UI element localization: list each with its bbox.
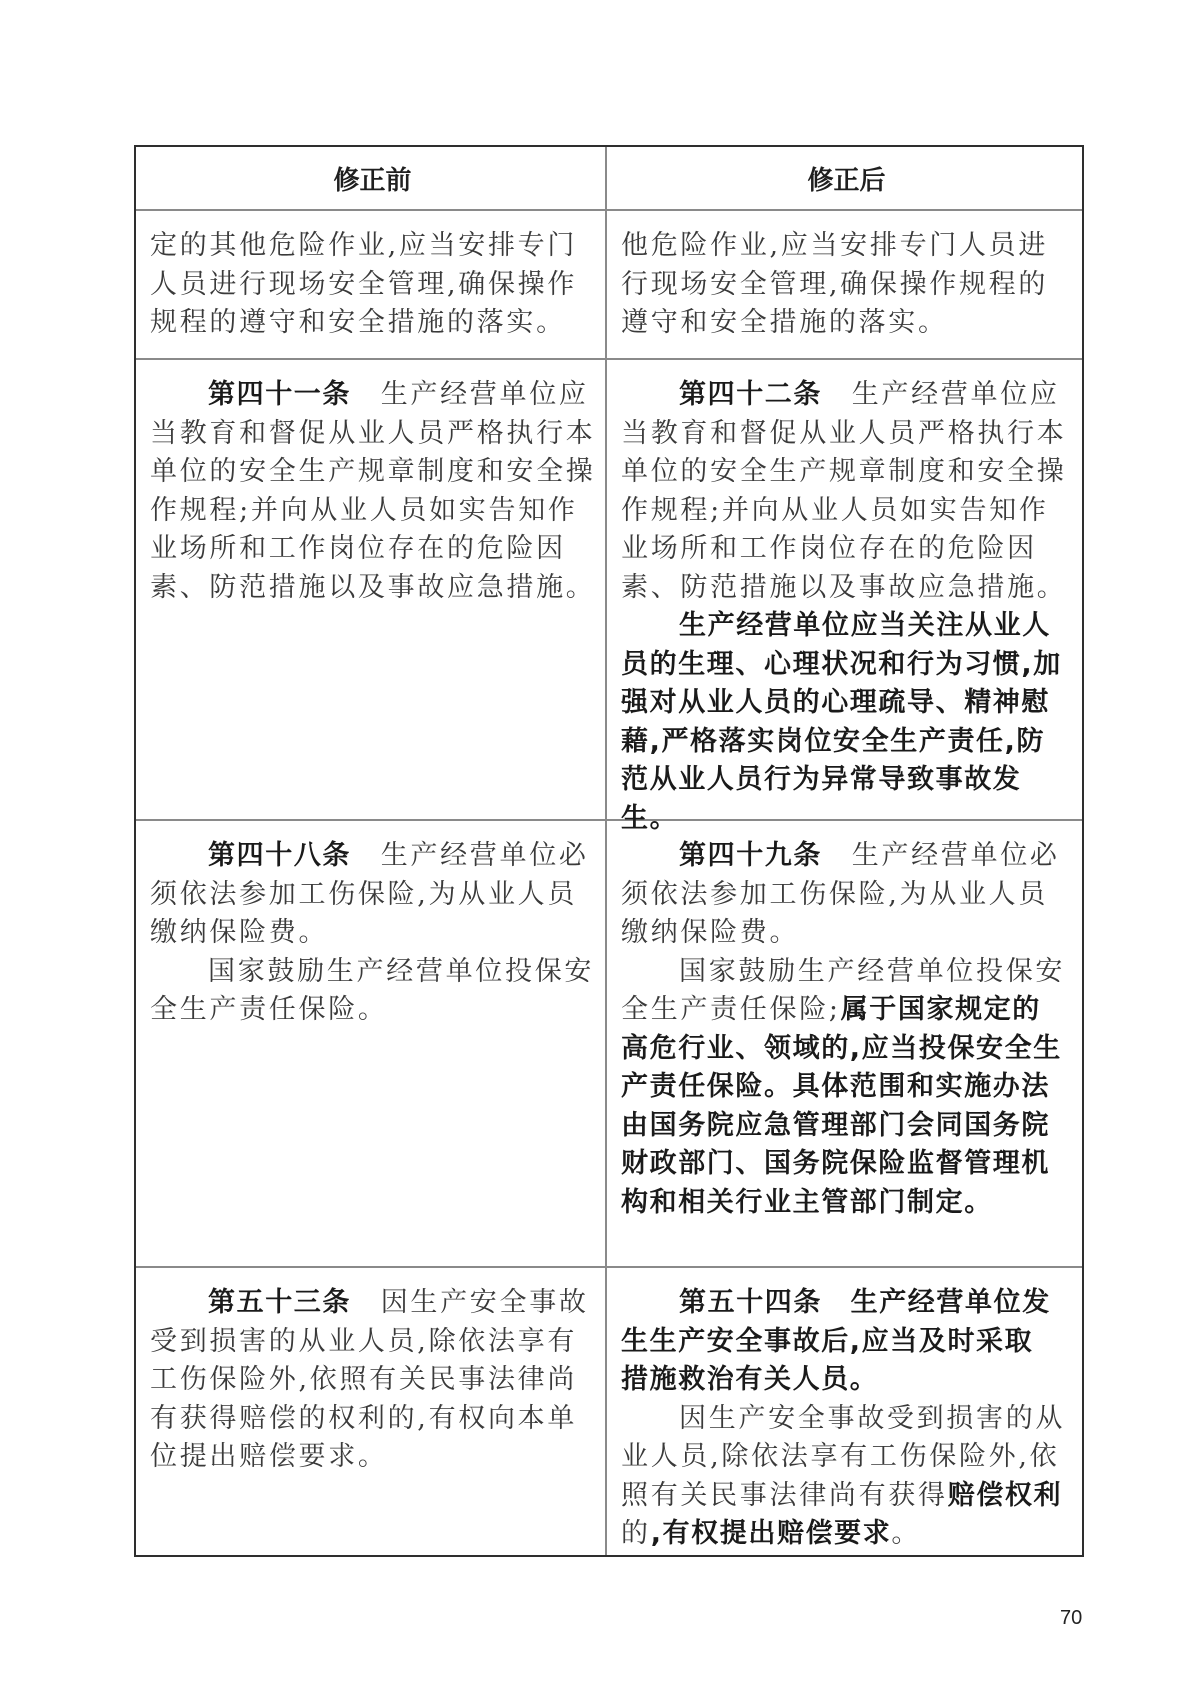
text-line: 因生产安全事故受到损害的从 — [621, 1400, 1072, 1439]
text-line: 全生产责任保险;属于国家规定的 — [621, 991, 1072, 1030]
after-cell: 第五十四条 生产经营单位发生生产安全事故后,应当及时采取措施救治有关人员。因生产… — [607, 1268, 1082, 1555]
text-segment: 须依法参加工伤保险,为从业人员 — [621, 879, 1048, 910]
amended-text: 高危行业、领域的,应当投保安全生 — [621, 1033, 1062, 1064]
text-line: 强对从业人员的心理疏导、精神慰 — [621, 684, 1072, 723]
text-line: 遵守和安全措施的落实。 — [621, 304, 1072, 343]
text-line: 作规程;并向从业人员如实告知作 — [150, 492, 595, 531]
text-segment: 单位的安全生产规章制度和安全操 — [150, 456, 596, 487]
text-segment: 因生产安全事故 — [351, 1287, 589, 1318]
text-segment: 生产经营单位必 — [822, 840, 1060, 871]
amended-text: 第四十二条 — [679, 379, 822, 410]
amended-text: 范从业人员行为异常导致事故发 — [621, 764, 1021, 795]
text-segment: 国家鼓励生产经营单位投保安 — [208, 956, 594, 987]
amended-text: 第四十九条 — [679, 840, 822, 871]
text-line: 高危行业、领域的,应当投保安全生 — [621, 1030, 1072, 1069]
amended-text: 第四十八条 — [208, 840, 351, 871]
comparison-table: 修正前 修正后 定的其他危险作业,应当安排专门人员进行现场安全管理,确保操作规程… — [134, 145, 1084, 1557]
text-line: 的,有权提出赔偿要求。 — [621, 1515, 1072, 1554]
text-line: 作规程;并向从业人员如实告知作 — [621, 492, 1072, 531]
text-line: 生生产安全事故后,应当及时采取 — [621, 1323, 1072, 1362]
text-line: 生产经营单位应当关注从业人 — [621, 607, 1072, 646]
after-cell: 第四十九条 生产经营单位必须依法参加工伤保险,为从业人员缴纳保险费。国家鼓励生产… — [607, 821, 1082, 1266]
text-segment: 当教育和督促从业人员严格执行本 — [621, 418, 1067, 449]
text-line: 第五十四条 生产经营单位发 — [621, 1284, 1072, 1323]
amended-text: 第五十四条 生产经营单位发 — [679, 1287, 1051, 1318]
text-line: 第四十一条 生产经营单位应 — [150, 376, 595, 415]
amended-text: 第四十一条 — [208, 379, 351, 410]
text-segment: 工伤保险外,依照有关民事法律尚 — [150, 1364, 577, 1395]
text-line: 第五十三条 因生产安全事故 — [150, 1284, 595, 1323]
after-cell: 他危险作业,应当安排专门人员进行现场安全管理,确保操作规程的遵守和安全措施的落实… — [607, 211, 1082, 358]
before-cell: 第五十三条 因生产安全事故受到损害的从业人员,除依法享有工伤保险外,依照有关民事… — [136, 1268, 607, 1555]
text-line: 须依法参加工伤保险,为从业人员 — [150, 876, 595, 915]
text-line: 单位的安全生产规章制度和安全操 — [150, 453, 595, 492]
text-line: 业场所和工作岗位存在的危险因 — [150, 530, 595, 569]
text-line: 须依法参加工伤保险,为从业人员 — [621, 876, 1072, 915]
text-segment: 业场所和工作岗位存在的危险因 — [150, 533, 566, 564]
text-line: 第四十二条 生产经营单位应 — [621, 376, 1072, 415]
amended-text: 产责任保险。具体范围和实施办法 — [621, 1071, 1050, 1102]
text-segment: 。 — [891, 1518, 921, 1549]
text-segment: 规程的遵守和安全措施的落实。 — [150, 307, 566, 338]
amended-text: 第五十三条 — [208, 1287, 351, 1318]
text-line: 人员进行现场安全管理,确保操作 — [150, 266, 595, 305]
text-line: 受到损害的从业人员,除依法享有 — [150, 1323, 595, 1362]
page-number: 70 — [1060, 1607, 1082, 1630]
text-segment: 当教育和督促从业人员严格执行本 — [150, 418, 596, 449]
text-line: 构和相关行业主管部门制定。 — [621, 1184, 1072, 1223]
text-segment: 缴纳保险费。 — [621, 917, 799, 948]
amended-text: 强对从业人员的心理疏导、精神慰 — [621, 687, 1050, 718]
text-segment: 素、防范措施以及事故应急措施。 — [150, 572, 596, 603]
amended-text: 措施救治有关人员。 — [621, 1364, 878, 1395]
text-line: 单位的安全生产规章制度和安全操 — [621, 453, 1072, 492]
text-segment: 素、防范措施以及事故应急措施。 — [621, 572, 1067, 603]
text-segment: 须依法参加工伤保险,为从业人员 — [150, 879, 577, 910]
before-cell: 定的其他危险作业,应当安排专门人员进行现场安全管理,确保操作规程的遵守和安全措施… — [136, 211, 607, 358]
text-line: 他危险作业,应当安排专门人员进 — [621, 227, 1072, 266]
after-cell: 第四十二条 生产经营单位应当教育和督促从业人员严格执行本单位的安全生产规章制度和… — [607, 360, 1082, 819]
text-line: 当教育和督促从业人员严格执行本 — [150, 415, 595, 454]
table-row: 第四十八条 生产经营单位必须依法参加工伤保险,为从业人员缴纳保险费。国家鼓励生产… — [136, 819, 1082, 1266]
text-segment: 缴纳保险费。 — [150, 917, 328, 948]
table-header-row: 修正前 修正后 — [136, 147, 1082, 209]
text-segment: 定的其他危险作业,应当安排专门 — [150, 230, 577, 261]
text-segment: 全生产责任保险。 — [150, 994, 388, 1025]
text-line: 业人员,除依法享有工伤保险外,依 — [621, 1438, 1072, 1477]
text-line: 产责任保险。具体范围和实施办法 — [621, 1068, 1072, 1107]
text-line: 工伤保险外,依照有关民事法律尚 — [150, 1361, 595, 1400]
text-line: 规程的遵守和安全措施的落实。 — [150, 304, 595, 343]
text-line: 素、防范措施以及事故应急措施。 — [150, 569, 595, 608]
text-segment: 受到损害的从业人员,除依法享有 — [150, 1326, 577, 1357]
text-segment: 生产经营单位应 — [822, 379, 1060, 410]
text-line: 素、防范措施以及事故应急措施。 — [621, 569, 1072, 608]
text-line: 第四十八条 生产经营单位必 — [150, 837, 595, 876]
text-line: 缴纳保险费。 — [621, 914, 1072, 953]
table-row: 第四十一条 生产经营单位应当教育和督促从业人员严格执行本单位的安全生产规章制度和… — [136, 358, 1082, 819]
text-line: 国家鼓励生产经营单位投保安 — [150, 953, 595, 992]
text-segment: 遵守和安全措施的落实。 — [621, 307, 948, 338]
text-line: 照有关民事法律尚有获得赔偿权利 — [621, 1477, 1072, 1516]
text-segment: 位提出赔偿要求。 — [150, 1441, 388, 1472]
text-line: 位提出赔偿要求。 — [150, 1438, 595, 1477]
text-line: 行现场安全管理,确保操作规程的 — [621, 266, 1072, 305]
text-line: 措施救治有关人员。 — [621, 1361, 1072, 1400]
text-line: 由国务院应急管理部门会同国务院 — [621, 1107, 1072, 1146]
amended-text: ,有权提出赔偿要求 — [651, 1518, 892, 1549]
amended-text: 员的生理、心理状况和行为习惯,加 — [621, 649, 1062, 680]
text-line: 全生产责任保险。 — [150, 991, 595, 1030]
text-line: 当教育和督促从业人员严格执行本 — [621, 415, 1072, 454]
amended-text: 赔偿权利 — [948, 1480, 1062, 1511]
table-row: 第五十三条 因生产安全事故受到损害的从业人员,除依法享有工伤保险外,依照有关民事… — [136, 1266, 1082, 1555]
text-segment: 全生产责任保险; — [621, 994, 841, 1025]
text-line: 缴纳保险费。 — [150, 914, 595, 953]
text-segment: 生产经营单位应 — [351, 379, 589, 410]
header-before-amendment: 修正前 — [136, 147, 607, 209]
text-segment: 国家鼓励生产经营单位投保安 — [679, 956, 1065, 987]
text-segment: 他危险作业,应当安排专门人员进 — [621, 230, 1048, 261]
text-line: 国家鼓励生产经营单位投保安 — [621, 953, 1072, 992]
text-segment: 因生产安全事故受到损害的从 — [679, 1403, 1065, 1434]
text-segment: 作规程;并向从业人员如实告知作 — [621, 495, 1049, 526]
amended-text: 财政部门、国务院保险监督管理机 — [621, 1148, 1050, 1179]
before-cell: 第四十一条 生产经营单位应当教育和督促从业人员严格执行本单位的安全生产规章制度和… — [136, 360, 607, 819]
text-segment: 业人员,除依法享有工伤保险外,依 — [621, 1441, 1059, 1472]
text-segment: 单位的安全生产规章制度和安全操 — [621, 456, 1067, 487]
text-segment: 人员进行现场安全管理,确保操作 — [150, 269, 577, 300]
table-row: 定的其他危险作业,应当安排专门人员进行现场安全管理,确保操作规程的遵守和安全措施… — [136, 209, 1082, 358]
before-cell: 第四十八条 生产经营单位必须依法参加工伤保险,为从业人员缴纳保险费。国家鼓励生产… — [136, 821, 607, 1266]
text-line: 员的生理、心理状况和行为习惯,加 — [621, 646, 1072, 685]
text-segment: 有获得赔偿的权利的,有权向本单 — [150, 1403, 577, 1434]
amended-text: 属于国家规定的 — [841, 994, 1041, 1025]
text-line: 范从业人员行为异常导致事故发 — [621, 761, 1072, 800]
header-after-amendment: 修正后 — [607, 147, 1082, 209]
text-line: 有获得赔偿的权利的,有权向本单 — [150, 1400, 595, 1439]
text-line: 财政部门、国务院保险监督管理机 — [621, 1145, 1072, 1184]
text-segment: 的 — [621, 1518, 651, 1549]
text-segment: 作规程;并向从业人员如实告知作 — [150, 495, 578, 526]
text-segment: 业场所和工作岗位存在的危险因 — [621, 533, 1037, 564]
amended-text: 生产经营单位应当关注从业人 — [679, 610, 1051, 641]
amended-text: 藉,严格落实岗位安全生产责任,防 — [621, 726, 1045, 757]
amended-text: 生生产安全事故后,应当及时采取 — [621, 1326, 1033, 1357]
text-line: 定的其他危险作业,应当安排专门 — [150, 227, 595, 266]
text-segment: 生产经营单位必 — [351, 840, 589, 871]
amended-text: 构和相关行业主管部门制定。 — [621, 1187, 993, 1218]
text-line: 业场所和工作岗位存在的危险因 — [621, 530, 1072, 569]
text-line: 第四十九条 生产经营单位必 — [621, 837, 1072, 876]
text-segment: 照有关民事法律尚有获得 — [621, 1480, 948, 1511]
amended-text: 由国务院应急管理部门会同国务院 — [621, 1110, 1050, 1141]
text-segment: 行现场安全管理,确保操作规程的 — [621, 269, 1048, 300]
text-line: 藉,严格落实岗位安全生产责任,防 — [621, 723, 1072, 762]
